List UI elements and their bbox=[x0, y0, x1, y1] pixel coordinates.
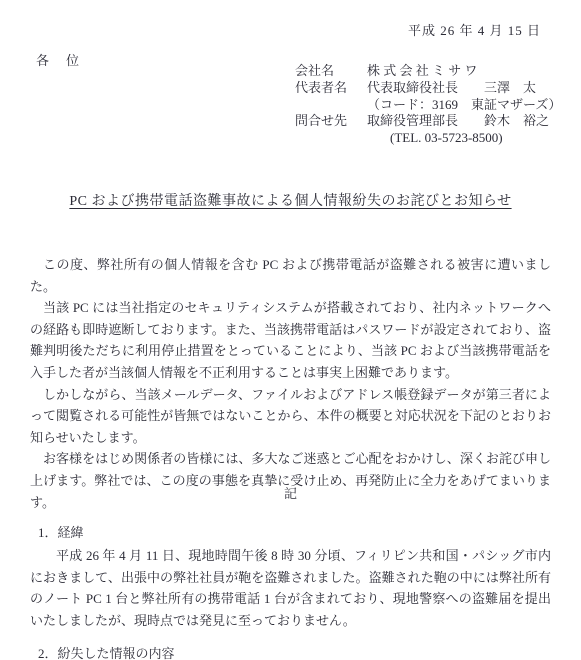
ki-marker: 記 bbox=[0, 483, 581, 502]
company-info-block: 会社名 株 式 会 社 ミ サ ワ 代表者名 代表取締役社長 三澤 太 （コード… bbox=[295, 63, 561, 147]
stock-code-label bbox=[295, 97, 367, 114]
representative-label: 代表者名 bbox=[295, 80, 367, 97]
telephone-label bbox=[295, 130, 367, 147]
document-title-text: PC および携帯電話盗難事故による個人情報紛失のお詫びとお知らせ bbox=[69, 194, 511, 209]
section-lost-info: 2．紛失した情報の内容 bbox=[30, 643, 551, 660]
company-name-row: 会社名 株 式 会 社 ミ サ ワ bbox=[295, 63, 561, 80]
paragraph-security-measures: 当該 PC には当社指定のセキュリティシステムが搭載されており、社内ネットワーク… bbox=[30, 297, 551, 383]
stock-code-row: （コード：3169 東証マザーズ） bbox=[295, 97, 561, 114]
document-date: 平成 26 年 4 月 15 日 bbox=[408, 20, 541, 39]
telephone-value: (TEL. 03-5723-8500) bbox=[367, 130, 503, 147]
telephone-row: (TEL. 03-5723-8500) bbox=[295, 130, 561, 147]
section-keii-heading: 1．経緯 bbox=[30, 522, 551, 544]
section-lost-info-heading: 2．紛失した情報の内容 bbox=[30, 643, 551, 660]
representative-row: 代表者名 代表取締役社長 三澤 太 bbox=[295, 80, 561, 97]
contact-value: 取締役管理部長 鈴木 裕之 bbox=[367, 113, 549, 130]
addressee: 各 位 bbox=[36, 50, 81, 69]
body-paragraphs: この度、弊社所有の個人情報を含む PC および携帯電話が盗難される被害に遭いまし… bbox=[30, 254, 551, 513]
document-title: PC および携帯電話盗難事故による個人情報紛失のお詫びとお知らせ bbox=[0, 190, 581, 210]
stock-code-value: （コード：3169 東証マザーズ） bbox=[367, 97, 561, 114]
paragraph-apology: お客様をはじめ関係者の皆様には、多大なご迷惑とご心配をおかけし、深くお詫び申し上… bbox=[30, 448, 551, 513]
company-name-value: 株 式 会 社 ミ サ ワ bbox=[367, 63, 478, 80]
representative-value: 代表取締役社長 三澤 太 bbox=[367, 80, 536, 97]
section-keii: 1．経緯 平成 26 年 4 月 11 日、現地時間午後 8 時 30 分頃、フ… bbox=[30, 522, 551, 632]
contact-label: 問合せ先 bbox=[295, 113, 367, 130]
company-name-label: 会社名 bbox=[295, 63, 367, 80]
document-page: 平成 26 年 4 月 15 日 各 位 会社名 株 式 会 社 ミ サ ワ 代… bbox=[0, 0, 581, 660]
section-keii-body: 平成 26 年 4 月 11 日、現地時間午後 8 時 30 分頃、フィリピン共… bbox=[30, 545, 551, 632]
paragraph-disclosure-reason: しかしながら、当該メールデータ、ファイルおよびアドレス帳登録データが第三者によっ… bbox=[30, 384, 551, 449]
paragraph-incident: この度、弊社所有の個人情報を含む PC および携帯電話が盗難される被害に遭いまし… bbox=[30, 254, 551, 297]
contact-row: 問合せ先 取締役管理部長 鈴木 裕之 bbox=[295, 113, 561, 130]
